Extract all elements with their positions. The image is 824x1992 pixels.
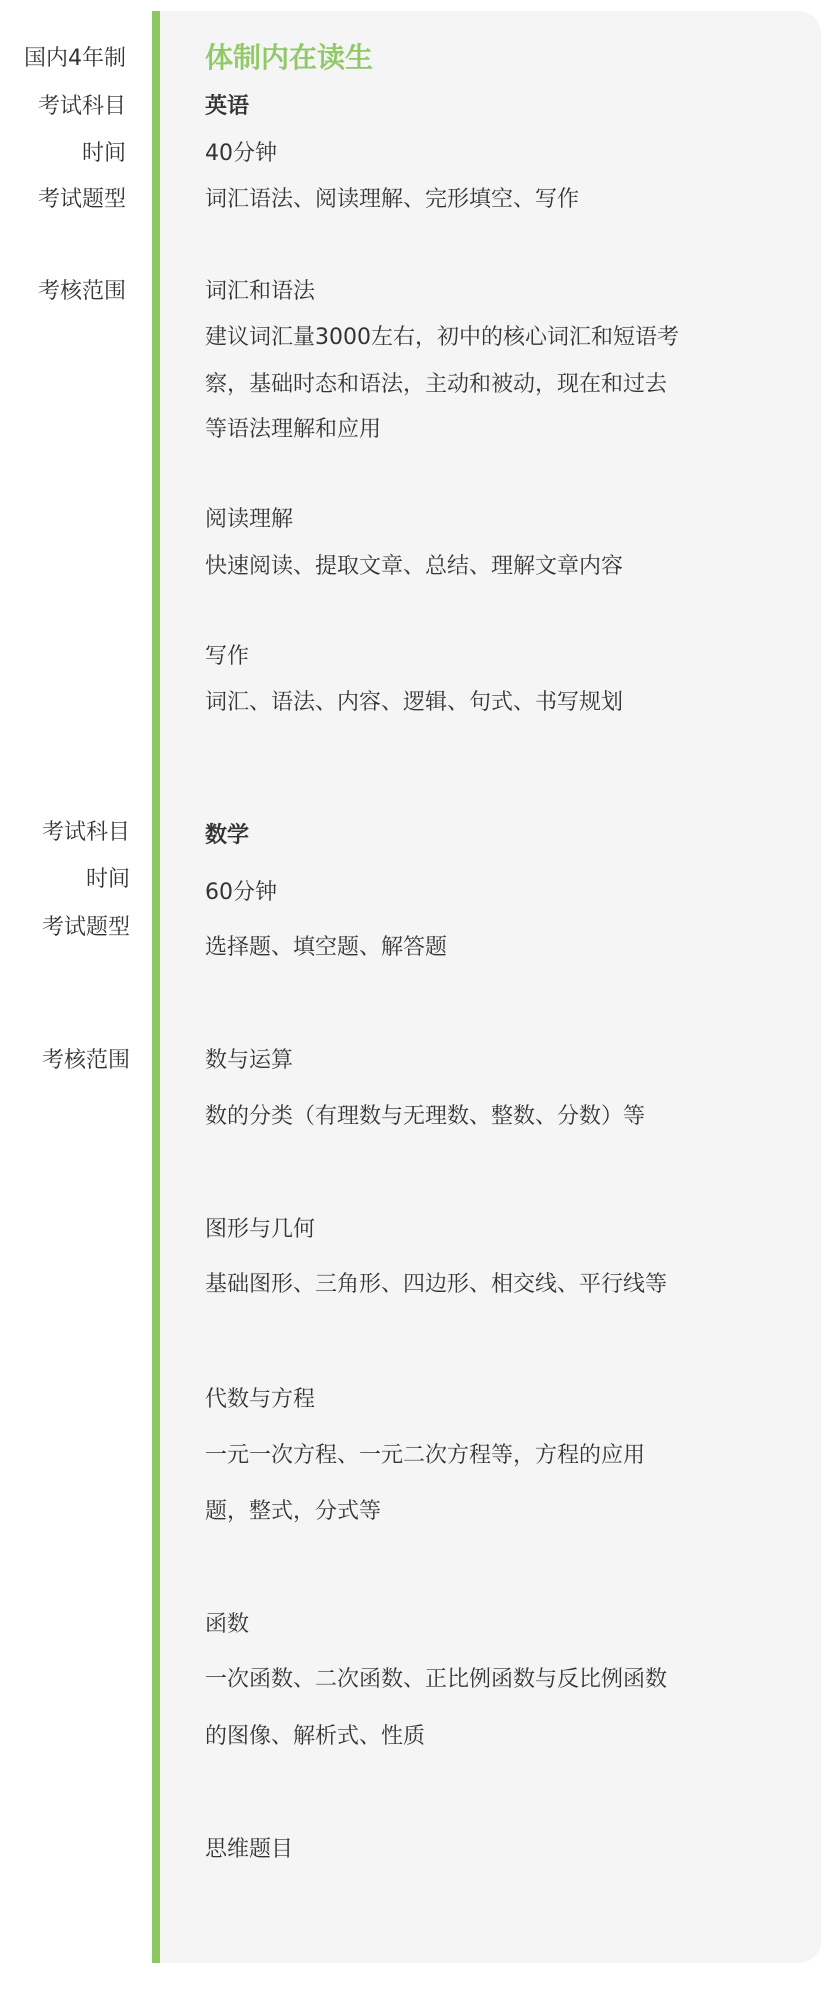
page-title: 体制内在读生: [205, 40, 373, 76]
accent-bar: [152, 11, 160, 1963]
english-question-types: 词汇语法、阅读理解、完形填空、写作: [205, 185, 579, 215]
label-question-types: 考试题型: [42, 913, 130, 943]
math-subject: 数学: [205, 821, 249, 851]
scope-heading: 数与运算: [205, 1046, 293, 1076]
scope-line: 建议词汇量3000左右，初中的核心词汇和短语考: [205, 323, 679, 353]
scope-heading: 思维题目: [205, 1835, 293, 1865]
english-subject: 英语: [205, 92, 249, 122]
scope-line: 快速阅读、提取文章、总结、理解文章内容: [205, 552, 623, 582]
scope-line: 题，整式，分式等: [205, 1497, 381, 1527]
scope-heading: 图形与几何: [205, 1215, 315, 1245]
scope-heading: 写作: [205, 642, 249, 672]
scope-line: 一元一次方程、一元二次方程等，方程的应用: [205, 1441, 645, 1471]
math-label-column: 考试科目 时间 考试题型 考核范围: [0, 0, 130, 1992]
scope-heading: 函数: [205, 1610, 249, 1640]
label-time: 时间: [86, 865, 130, 895]
label-scope: 考核范围: [42, 1046, 130, 1076]
scope-line: 一次函数、二次函数、正比例函数与反比例函数: [205, 1665, 667, 1695]
scope-line: 数的分类（有理数与无理数、整数、分数）等: [205, 1102, 645, 1132]
scope-line: 的图像、解析式、性质: [205, 1722, 425, 1752]
scope-heading: 词汇和语法: [205, 277, 315, 307]
math-question-types: 选择题、填空题、解答题: [205, 933, 447, 963]
scope-line: 察，基础时态和语法，主动和被动，现在和过去: [205, 370, 667, 400]
english-time: 40分钟: [205, 139, 277, 169]
scope-line: 等语法理解和应用: [205, 415, 381, 445]
math-time: 60分钟: [205, 878, 277, 908]
label-subject: 考试科目: [42, 818, 130, 848]
scope-line: 基础图形、三角形、四边形、相交线、平行线等: [205, 1270, 667, 1300]
scope-line: 词汇、语法、内容、逻辑、句式、书写规划: [205, 688, 623, 718]
scope-heading: 代数与方程: [205, 1385, 315, 1415]
scope-heading: 阅读理解: [205, 505, 293, 535]
